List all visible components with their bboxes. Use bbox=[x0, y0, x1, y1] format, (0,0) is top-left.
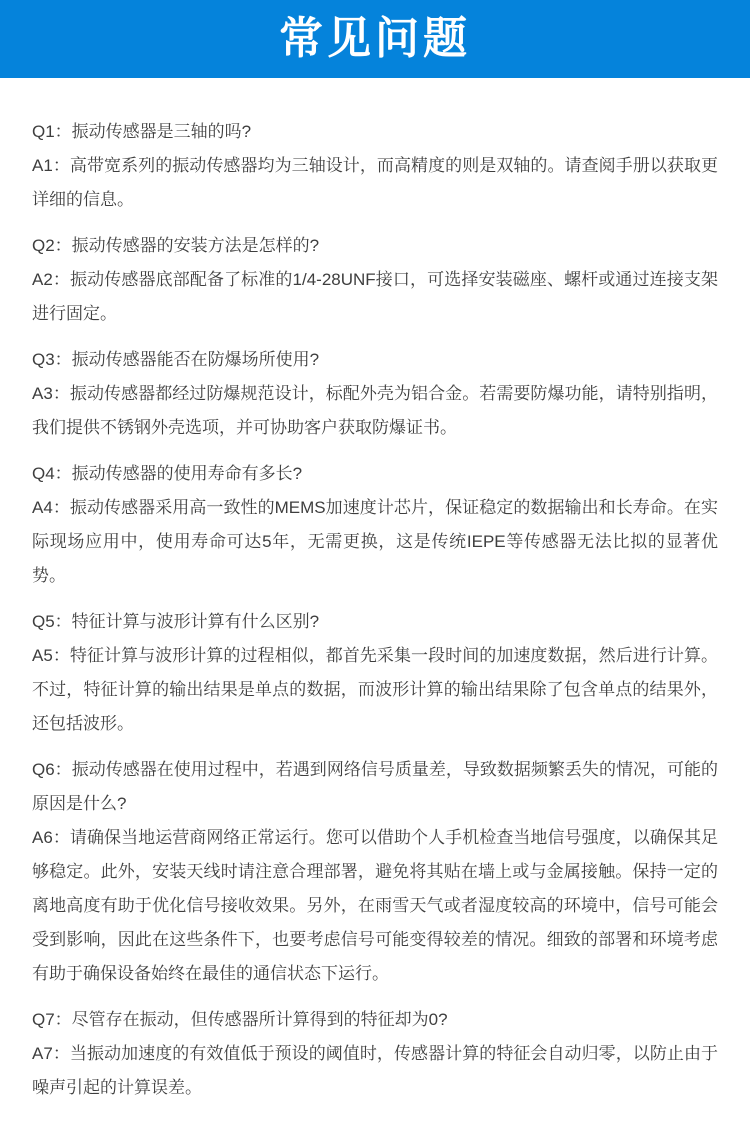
question-text: Q6：振动传感器在使用过程中，若遇到网络信号质量差，导致数据频繁丢失的情况，可能… bbox=[32, 753, 718, 821]
faq-banner: 常见问题 bbox=[0, 0, 750, 78]
answer-text: A2：振动传感器底部配备了标准的1/4-28UNF接口，可选择安装磁座、螺杆或通… bbox=[32, 263, 718, 331]
question-text: Q5：特征计算与波形计算有什么区别? bbox=[32, 605, 718, 639]
answer-text: A3：振动传感器都经过防爆规范设计，标配外壳为铝合金。若需要防爆功能，请特别指明… bbox=[32, 377, 718, 445]
question-text: Q7：尽管存在振动，但传感器所计算得到的特征却为0? bbox=[32, 1003, 718, 1037]
qa-item-5: Q5：特征计算与波形计算有什么区别? A5：特征计算与波形计算的过程相似，都首先… bbox=[32, 605, 718, 741]
qa-item-1: Q1：振动传感器是三轴的吗? A1：高带宽系列的振动传感器均为三轴设计，而高精度… bbox=[32, 115, 718, 217]
answer-text: A6：请确保当地运营商网络正常运行。您可以借助个人手机检查当地信号强度，以确保其… bbox=[32, 821, 718, 991]
qa-item-4: Q4：振动传感器的使用寿命有多长? A4：振动传感器采用高一致性的MEMS加速度… bbox=[32, 457, 718, 593]
qa-item-6: Q6：振动传感器在使用过程中，若遇到网络信号质量差，导致数据频繁丢失的情况，可能… bbox=[32, 753, 718, 991]
answer-text: A4：振动传感器采用高一致性的MEMS加速度计芯片，保证稳定的数据输出和长寿命。… bbox=[32, 491, 718, 593]
qa-item-2: Q2：振动传感器的安装方法是怎样的? A2：振动传感器底部配备了标准的1/4-2… bbox=[32, 229, 718, 331]
page-title: 常见问题 bbox=[279, 17, 471, 61]
faq-page: { "header": { "title": "常见问题", "backgrou… bbox=[0, 0, 750, 1145]
faq-content: Q1：振动传感器是三轴的吗? A1：高带宽系列的振动传感器均为三轴设计，而高精度… bbox=[0, 78, 750, 1145]
answer-text: A5：特征计算与波形计算的过程相似，都首先采集一段时间的加速度数据，然后进行计算… bbox=[32, 639, 718, 741]
question-text: Q2：振动传感器的安装方法是怎样的? bbox=[32, 229, 718, 263]
answer-text: A1：高带宽系列的振动传感器均为三轴设计，而高精度的则是双轴的。请查阅手册以获取… bbox=[32, 149, 718, 217]
qa-item-3: Q3：振动传感器能否在防爆场所使用? A3：振动传感器都经过防爆规范设计，标配外… bbox=[32, 343, 718, 445]
answer-text: A7：当振动加速度的有效值低于预设的阈值时，传感器计算的特征会自动归零，以防止由… bbox=[32, 1037, 718, 1105]
question-text: Q3：振动传感器能否在防爆场所使用? bbox=[32, 343, 718, 377]
qa-item-7: Q7：尽管存在振动，但传感器所计算得到的特征却为0? A7：当振动加速度的有效值… bbox=[32, 1003, 718, 1105]
question-text: Q4：振动传感器的使用寿命有多长? bbox=[32, 457, 718, 491]
question-text: Q1：振动传感器是三轴的吗? bbox=[32, 115, 718, 149]
